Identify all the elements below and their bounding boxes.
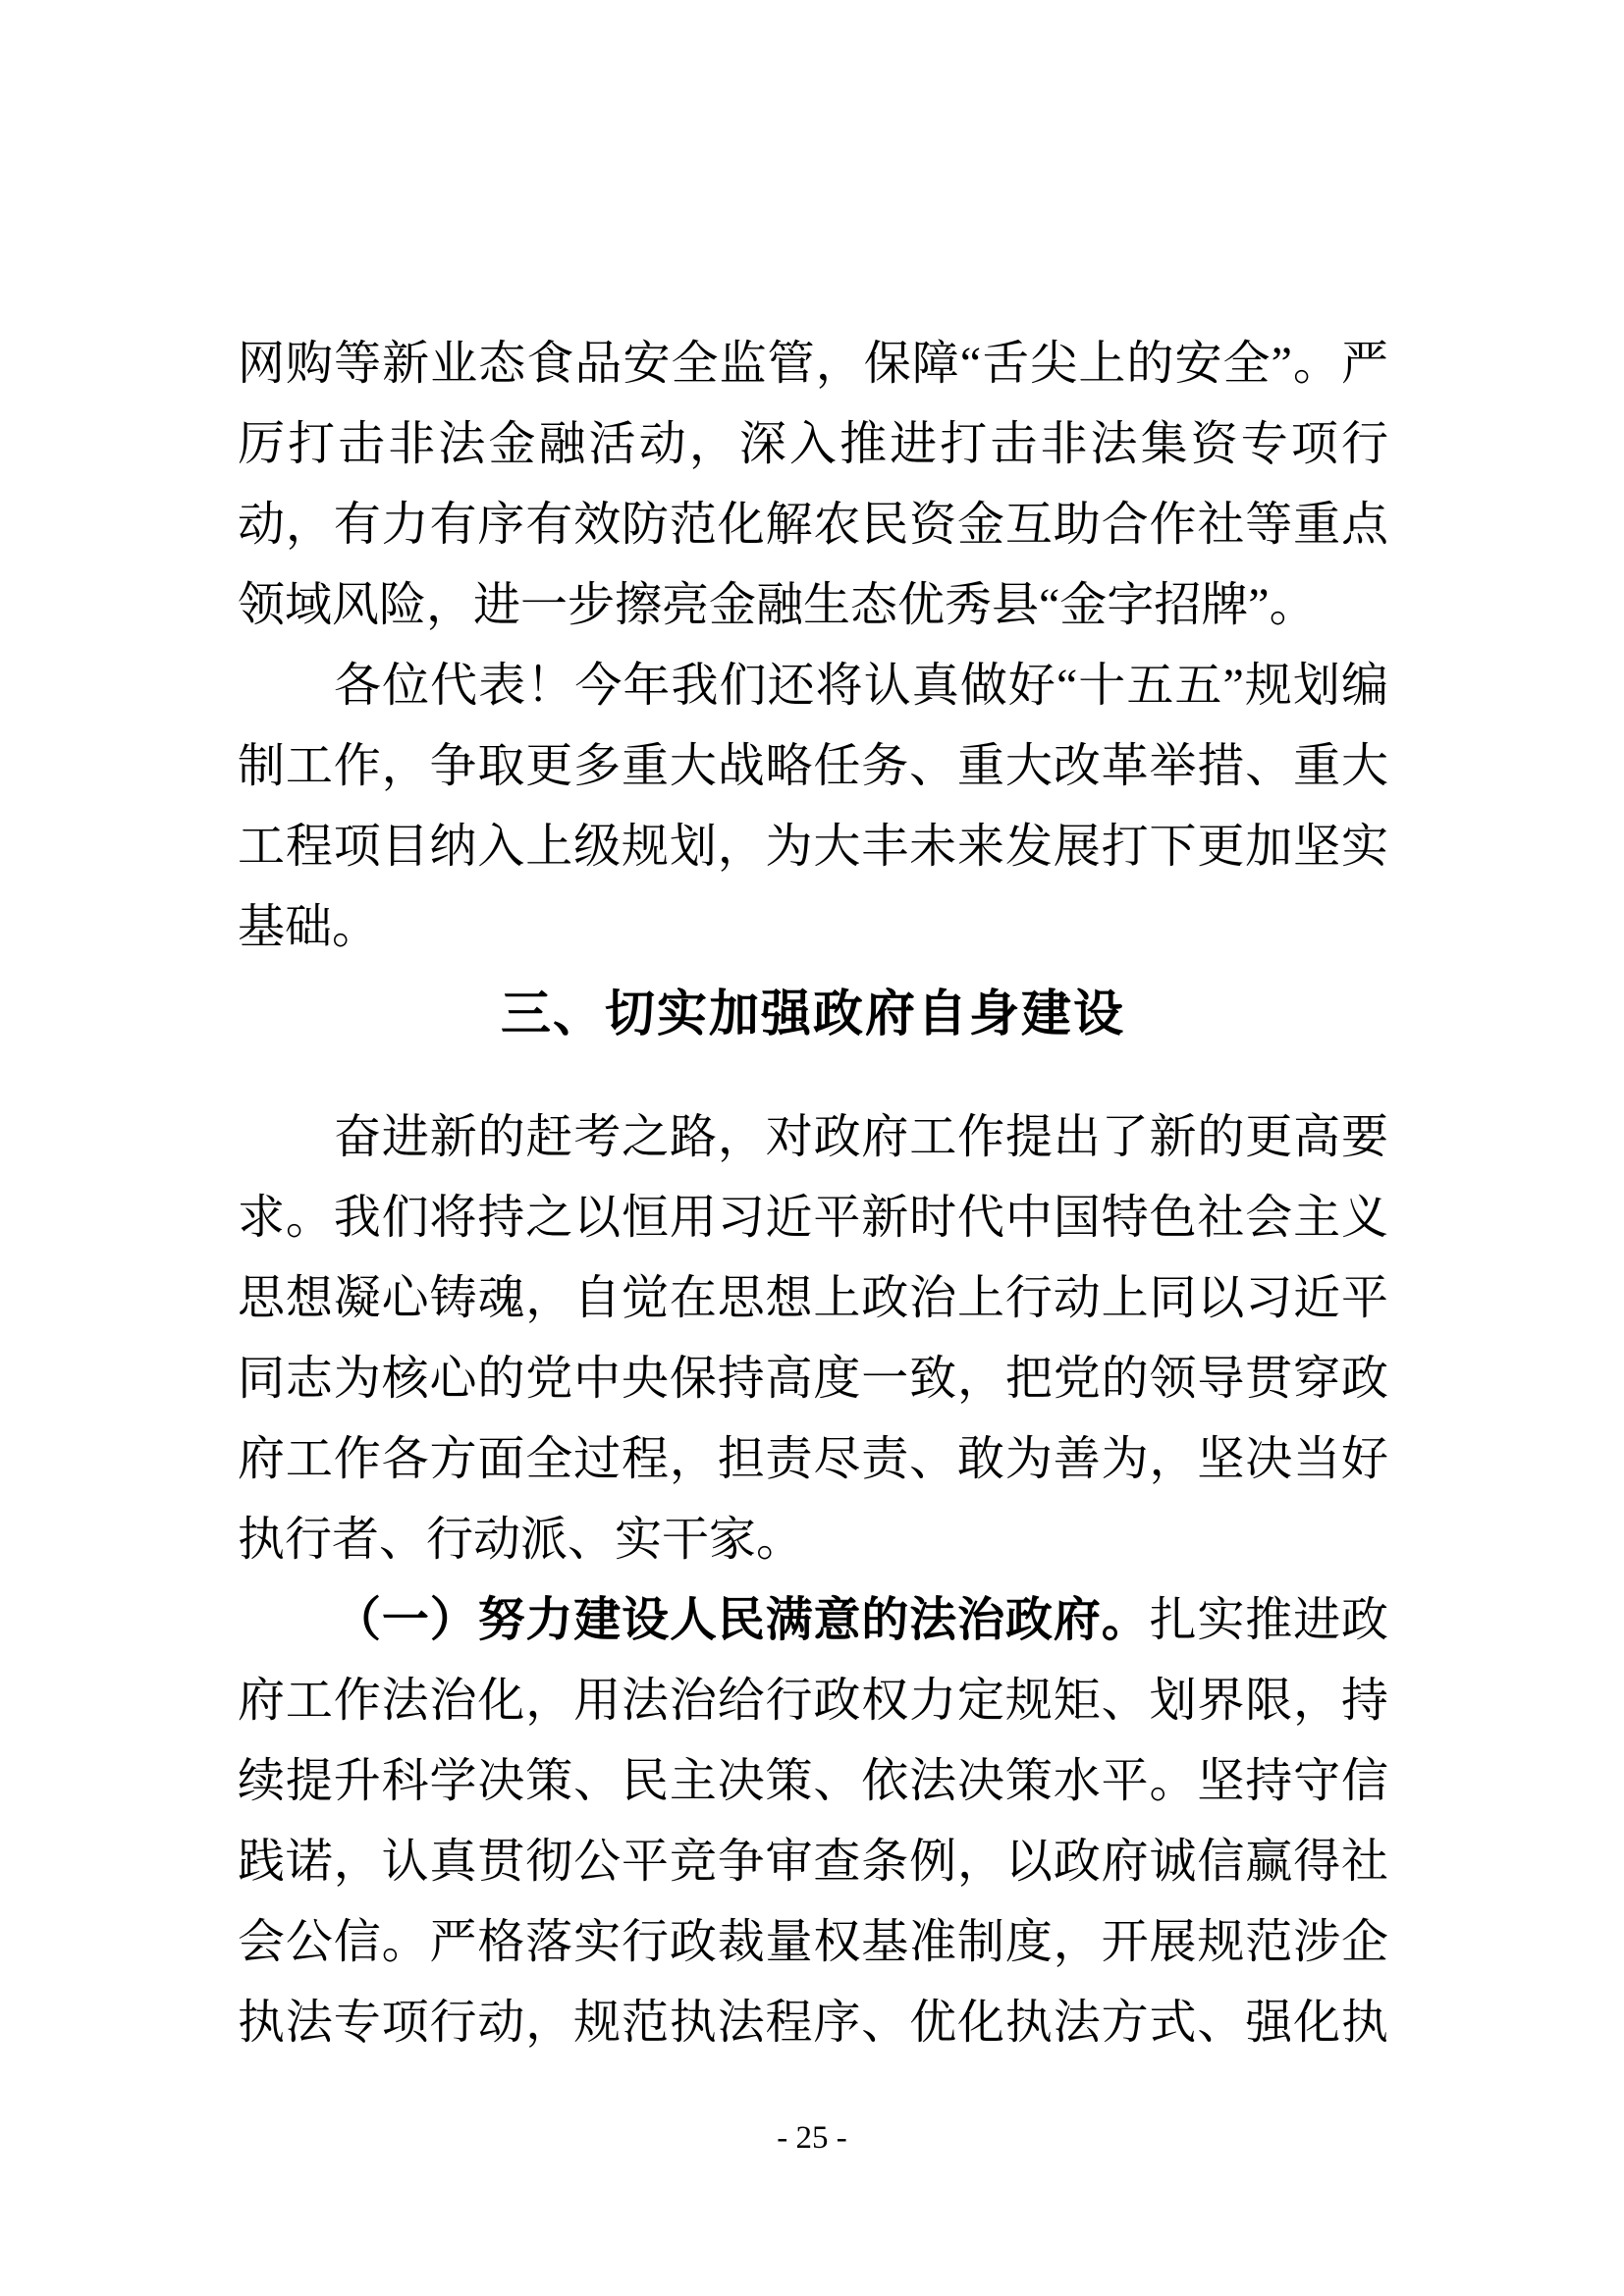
subsection-heading: （一）努力建设人民满意的法治政府。 [334,1594,1150,1646]
document-page: 网购等新业态食品安全监管，保障“舌尖上的安全”。严 厉打击非法金融活动，深入推进… [0,0,1624,2296]
body-text: 扎实推进政 [1150,1594,1388,1646]
body-line: 续提升科学决策、民主决策、依法决策水平。坚持守信 [238,1741,1388,1822]
content-area: 网购等新业态食品安全监管，保障“舌尖上的安全”。严 厉打击非法金融活动，深入推进… [238,324,1388,2063]
body-line: 府工作法治化，用法治给行政权力定规矩、划界限，持 [238,1661,1388,1741]
body-line: 厉打击非法金融活动，深入推进打击非法集资专项行 [238,404,1388,485]
body-line: 执行者、行动派、实干家。 [238,1500,1388,1580]
body-line: 网购等新业态食品安全监管，保障“舌尖上的安全”。严 [238,324,1388,404]
page-footer: - 25 - [0,2116,1624,2160]
body-line: 制工作，争取更多重大战略任务、重大改革举措、重大 [238,726,1388,807]
section-heading: 三、切实加强政府自身建设 [238,982,1388,1046]
body-line: 基础。 [238,887,1388,968]
body-line: 领域风险，进一步擦亮金融生态优秀县“金字招牌”。 [238,565,1388,646]
body-line: 奋进新的赶考之路，对政府工作提出了新的更高要 [238,1097,1388,1178]
body-line: 工程项目纳入上级规划，为大丰未来发展打下更加坚实 [238,807,1388,887]
body-line: 执法专项行动，规范执法程序、优化执法方式、强化执 [238,1983,1388,2063]
body-line: 践诺，认真贯彻公平竞争审查条例，以政府诚信赢得社 [238,1822,1388,1902]
body-line: 各位代表！今年我们还将认真做好“十五五”规划编 [238,646,1388,726]
body-line: 求。我们将持之以恒用习近平新时代中国特色社会主义 [238,1178,1388,1258]
body-line: 动，有力有序有效防范化解农民资金互助合作社等重点 [238,485,1388,565]
body-line: 会公信。严格落实行政裁量权基准制度，开展规范涉企 [238,1902,1388,1983]
body-line: 同志为核心的党中央保持高度一致，把党的领导贯穿政 [238,1339,1388,1419]
body-line: 思想凝心铸魂，自觉在思想上政治上行动上同以习近平 [238,1258,1388,1339]
body-line: （一）努力建设人民满意的法治政府。扎实推进政 [238,1580,1388,1661]
page-number: - 25 - [777,2120,846,2156]
body-line: 府工作各方面全过程，担责尽责、敢为善为，坚决当好 [238,1419,1388,1500]
